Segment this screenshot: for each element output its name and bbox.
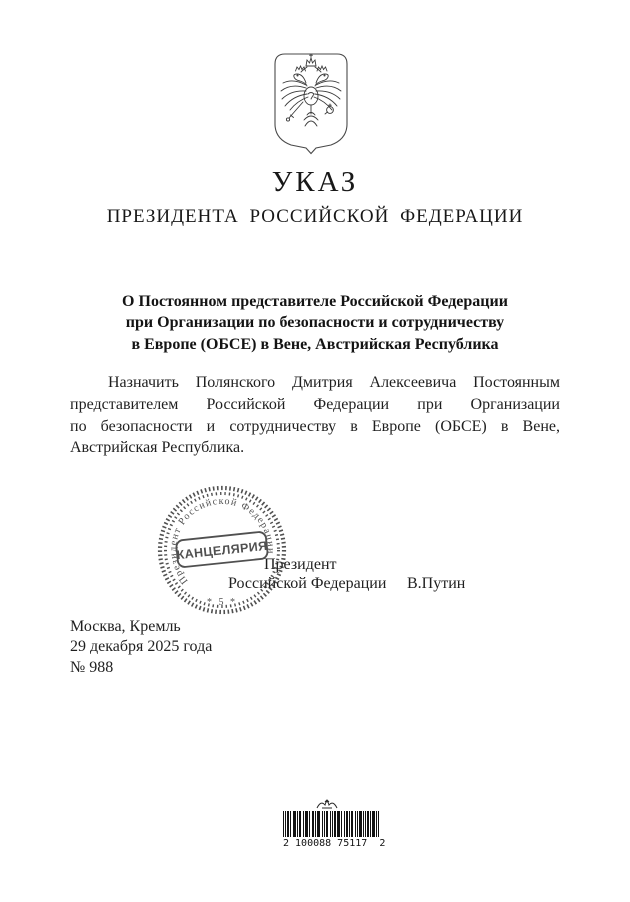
- body-line: Австрийская Республика.: [70, 437, 560, 459]
- barcode-bar: [337, 811, 340, 837]
- chancellery-stamp: Президент Российской Федерации * 5 * КАН…: [146, 474, 298, 626]
- barcode-bar: [287, 811, 289, 837]
- barcode-bar: [305, 811, 308, 837]
- barcode-bar: [344, 811, 345, 837]
- barcode-bar: [349, 811, 350, 837]
- barcode-bar: [365, 811, 366, 837]
- issuance-place: Москва, Кремль: [70, 617, 212, 637]
- barcode-bar: [351, 811, 353, 837]
- barcode-bar: [355, 811, 356, 837]
- barcode-eagle-icon: [315, 797, 339, 810]
- document-title: УКАЗ: [0, 166, 630, 199]
- barcode-bar: [357, 811, 358, 837]
- signature-name: В.Путин: [407, 575, 465, 593]
- barcode-bar: [376, 811, 377, 837]
- barcode-bar: [334, 811, 336, 837]
- barcode-bar: [299, 811, 301, 837]
- barcode-bar: [309, 811, 310, 837]
- barcode-bar: [317, 811, 320, 837]
- barcode-bar: [315, 811, 316, 837]
- subject-heading-line: в Европе (ОБСЕ) в Вене, Австрийская Респ…: [0, 334, 630, 355]
- barcode-bar: [346, 811, 348, 837]
- barcode-bar: [378, 811, 379, 837]
- issuance-date: 29 декабря 2025 года: [70, 637, 212, 657]
- barcode-bar: [330, 811, 331, 837]
- document-subtitle: ПРЕЗИДЕНТА РОССИЙСКОЙ ФЕДЕРАЦИИ: [0, 206, 630, 228]
- body-line: по безопасности и сотрудничеству в Европ…: [70, 416, 560, 438]
- barcode-bar: [370, 811, 371, 837]
- barcode-bar: [290, 811, 291, 837]
- decree-document: УКАЗ ПРЕЗИДЕНТА РОССИЙСКОЙ ФЕДЕРАЦИИ О П…: [0, 0, 630, 902]
- body-line: представителем Российской Федерации при …: [70, 394, 560, 416]
- barcode-bar: [372, 811, 375, 837]
- subject-heading-line: при Организации по безопасности и сотруд…: [0, 312, 630, 333]
- barcode-digits: 2 100088 75117 2: [283, 838, 387, 849]
- barcode-bar: [332, 811, 333, 837]
- barcode-bar: [324, 811, 325, 837]
- stamp-bottom-text: * 5 *: [207, 597, 237, 608]
- subject-heading-line: О Постоянном представителе Российской Фе…: [0, 291, 630, 312]
- barcode-bar: [283, 811, 284, 837]
- decree-body: Назначить Полянского Дмитрия Алексеевича…: [70, 372, 560, 459]
- barcode-bar: [303, 811, 304, 837]
- decree-number: № 988: [70, 658, 212, 678]
- barcode-bar: [285, 811, 286, 837]
- barcode-bar: [326, 811, 328, 837]
- barcode-bar: [341, 811, 342, 837]
- barcode-bar: [359, 811, 362, 837]
- barcode-bar: [367, 811, 369, 837]
- barcode-bar: [293, 811, 296, 837]
- barcode-bar: [297, 811, 298, 837]
- barcode-bar: [322, 811, 323, 837]
- barcode: 2 100088 75117 2: [283, 797, 393, 853]
- stamp-center-text: КАНЦЕЛЯРИЯ: [176, 539, 268, 562]
- barcode-bar: [363, 811, 364, 837]
- barcode-bar: [312, 811, 314, 837]
- subject-heading: О Постоянном представителе Российской Фе…: [0, 291, 630, 355]
- issuance-block: Москва, Кремль 29 декабря 2025 года № 98…: [70, 617, 212, 678]
- body-line: Назначить Полянского Дмитрия Алексеевича…: [70, 372, 560, 394]
- barcode-bars: [283, 811, 383, 837]
- coat-of-arms-icon: [273, 52, 349, 155]
